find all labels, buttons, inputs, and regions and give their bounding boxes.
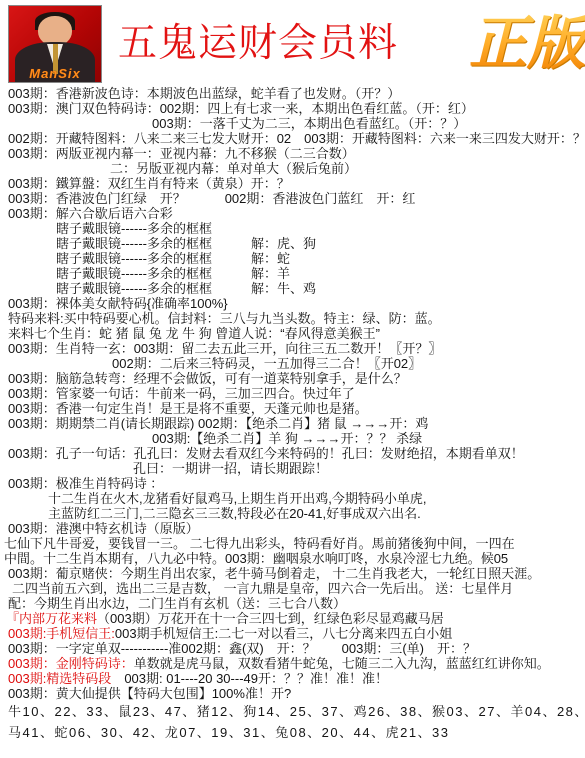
text-line: 003期:手机短信王:003期手机短信王:二七一对以看三，八七分离来四五白小姐 <box>0 626 585 641</box>
text-segment: 003期手机短信王:二七一对以看三，八七分离来四五白小姐 <box>115 626 452 641</box>
page-title: 五鬼运财会员料 <box>118 12 418 68</box>
text-segment: 003期：孔子一句话：孔孔曰：发财去看双红今来特码的！孔曰：发财绝招，本期看单双… <box>8 446 524 461</box>
text-line: 特码来料:买中特码要心机。信封料：三八与九当头数。特主：绿、防：蓝。 <box>0 311 585 326</box>
text-line: 003期：香港一句定生肖！是王是将不重要，天蓬元帅也是猪。 <box>0 401 585 416</box>
text-line: 003期：香港新波色诗：本期波色出蓝绿，蛇羊看了也发财。（开？） <box>0 86 585 101</box>
header: ManSix 五鬼运财会员料 正版 <box>0 0 585 84</box>
text-line: 003期:【绝杀二肖】羊 狗 →→→开：？？ 杀绿 <box>0 431 585 446</box>
text-segment: 003期：一落千丈为二三，本期出色看蓝红。（开：？） <box>152 116 466 131</box>
text-segment: 003期:【绝杀二肖】羊 狗 →→→开：？？ 杀绿 <box>152 431 422 446</box>
text-segment: 003期: 01----20 30---49开：？？准！准！准！ <box>111 671 388 686</box>
text-segment: 003期：香港波色门红绿 开？ 002期：香港波色门蓝红 开：红 <box>8 191 415 206</box>
text-line: 中間。十二生肖本期有，八九必中特。003期：幽咽泉水响叮咚，水泉冷涩七九绝。候0… <box>0 551 585 566</box>
text-segment: 003期：港澳中特玄机诗（原版） <box>8 521 199 536</box>
text-line: 003期：极准生肖特码诗 ： <box>0 476 585 491</box>
red-text-segment: 003期：金刚特码诗： <box>8 656 134 671</box>
red-text-segment: 003期:手机短信王: <box>8 626 115 641</box>
text-line: 003期:精选特码段 003期: 01----20 30---49开：？？准！准… <box>0 671 585 686</box>
text-segment: 中間。十二生肖本期有，八九必中特。003期：幽咽泉水响叮咚，水泉冷涩七九绝。候0… <box>4 551 508 566</box>
text-line: 002期：开藏特图料：八来二来三七发大财开：02 003期：开藏特图料：六来一来… <box>0 131 585 146</box>
text-line: 003期：鐵算盤：双红生肖有特来（黄泉）开：？ <box>0 176 585 191</box>
text-line: 003期：一落千丈为二三，本期出色看蓝红。（开：？） <box>0 116 585 131</box>
text-line: 配：今期生肖出水边，二门生肖有玄机（送：三七合八数） <box>0 596 585 611</box>
text-line: 二：另版亚视内幕：单对单大（猴后兔前） <box>0 161 585 176</box>
text-line: 003期：黄大仙提供【特码大包围】100%准！开? <box>0 686 585 701</box>
text-line: 马41、蛇06、30、42、龙07、19、31、兔08、20、44、虎21、33 <box>0 722 585 743</box>
document-body: 003期：香港新波色诗：本期波色出蓝绿，蛇羊看了也发财。（开？）003期：澳门双… <box>0 84 585 743</box>
text-segment: 孔曰：一期讲一招，请长期跟踪！ <box>133 461 328 476</box>
text-line: 七仙下凡牛哥爱，要钱冒一三。 二七得九出彩头，特码看好肖。馬前猪後狗中间，一四在 <box>0 536 585 551</box>
text-segment: 二四当前五六到，选出二三是吉数， 一言九鼎是皇帝，四六合一先后出。 送：七星伴月 <box>12 581 513 596</box>
text-segment: 003期：一字定单双-----------准002期：鑫(双) 开：？ 003期… <box>8 641 476 656</box>
text-line: 003期：金刚特码诗：单数就是虎马鼠，双数看猪牛蛇兔，七随三二入九沟，蓝蓝红红讲… <box>0 656 585 671</box>
text-segment: （003期）万花开在十一合三四七到，红绿色彩尽显鸡藏马居 <box>97 611 444 626</box>
text-line: 003期：解六合歇后语六合彩 <box>0 206 585 221</box>
text-line: 『内部万花来料（003期）万花开在十一合三四七到，红绿色彩尽显鸡藏马居 <box>0 611 585 626</box>
text-segment: 003期：管家婆一句话：牛前来一码，三加三四合。快过年了 <box>8 386 355 401</box>
red-text-segment: 『内部万花来料 <box>6 611 97 626</box>
text-segment: 马41、蛇06、30、42、龙07、19、31、兔08、20、44、虎21、33 <box>8 725 450 740</box>
text-segment: 瞎子戴眼镜------多余的框框 解：蛇 <box>56 251 290 266</box>
text-segment: 003期：两版亚视内幕一：亚视内幕：九不移猴（二三合数） <box>8 146 355 161</box>
text-line: 主蓝防红二三门,二三隐玄三三数,特段必在20-41,好事成双六出名. <box>0 506 585 521</box>
text-segment: 003期：裸体美女献特码{准确率100%} <box>8 296 228 311</box>
text-segment: 003期：极准生肖特码诗 ： <box>8 476 163 491</box>
text-line: 瞎子戴眼镜------多余的框框 解：羊 <box>0 266 585 281</box>
text-line: 瞎子戴眼镜------多余的框框 解：牛、鸡 <box>0 281 585 296</box>
text-segment: 瞎子戴眼镜------多余的框框 解：羊 <box>56 266 290 281</box>
text-line: 瞎子戴眼镜------多余的框框 解：虎、狗 <box>0 236 585 251</box>
text-segment: 瞎子戴眼镜------多余的框框 解：牛、鸡 <box>56 281 316 296</box>
text-segment: 主蓝防红二三门,二三隐玄三三数,特段必在20-41,好事成双六出名. <box>48 506 421 521</box>
photo-watermark: ManSix <box>9 66 101 81</box>
text-segment: 七仙下凡牛哥爱，要钱冒一三。 二七得九出彩头，特码看好肖。馬前猪後狗中间，一四在 <box>4 536 515 551</box>
text-line: 瞎子戴眼镜------多余的框框 <box>0 221 585 236</box>
text-segment: 003期：鐵算盤：双红生肖有特来（黄泉）开：？ <box>8 176 290 191</box>
text-segment: 003期：葡京赌侠：今期生肖出农家，老牛骑马倒着走， 十二生肖我老大，一轮红日照… <box>8 566 540 581</box>
text-line: 003期：两版亚视内幕一：亚视内幕：九不移猴（二三合数） <box>0 146 585 161</box>
text-line: 003期：管家婆一句话：牛前来一码，三加三四合。快过年了 <box>0 386 585 401</box>
text-line: 003期：期期禁二肖(请长期跟踪) 002期：【绝杀二肖】猪 鼠 →→→开：鸡 <box>0 416 585 431</box>
text-segment: 来料七个生肖：蛇 猪 鼠 兔 龙 牛 狗 曾道人说：“春风得意美猴王” <box>8 326 380 341</box>
text-segment: 配：今期生肖出水边，二门生肖有玄机（送：三七合八数） <box>8 596 346 611</box>
text-line: 002期：二后来三特码灵，一五加得三二合！〖开02〗 <box>0 356 585 371</box>
text-segment: 瞎子戴眼镜------多余的框框 <box>56 221 212 236</box>
text-segment: 特码来料:买中特码要心机。信封料：三八与九当头数。特主：绿、防：蓝。 <box>8 311 441 326</box>
genuine-version-badge: 正版 <box>469 0 585 80</box>
text-line: 003期：孔子一句话：孔孔曰：发财去看双红今来特码的！孔曰：发财绝招，本期看单双… <box>0 446 585 461</box>
text-line: 孔曰：一期讲一招，请长期跟踪！ <box>0 461 585 476</box>
text-segment: 003期：期期禁二肖(请长期跟踪) 002期：【绝杀二肖】猪 鼠 →→→开：鸡 <box>8 416 428 431</box>
text-line: 来料七个生肖：蛇 猪 鼠 兔 龙 牛 狗 曾道人说：“春风得意美猴王” <box>0 326 585 341</box>
text-line: 003期：港澳中特玄机诗（原版） <box>0 521 585 536</box>
text-segment: 单数就是虎马鼠，双数看猪牛蛇兔，七随三二入九沟，蓝蓝红红讲你知。 <box>134 656 550 671</box>
text-segment: 003期：脑筋急转弯：经理不会做饭，可有一道菜特别拿手，是什么？ <box>8 371 407 386</box>
text-segment: 牛10、22、33、鼠23、47、猪12、狗14、25、37、鸡26、38、猴0… <box>8 704 585 719</box>
text-line: 二四当前五六到，选出二三是吉数， 一言九鼎是皇帝，四六合一先后出。 送：七星伴月 <box>0 581 585 596</box>
text-line: 瞎子戴眼镜------多余的框框 解：蛇 <box>0 251 585 266</box>
text-line: 003期：葡京赌侠：今期生肖出农家，老牛骑马倒着走， 十二生肖我老大，一轮红日照… <box>0 566 585 581</box>
text-segment: 003期：黄大仙提供【特码大包围】100%准！开? <box>8 686 291 701</box>
text-line: 十二生肖在火木,龙猪看好鼠鸡马,上期生肖开出鸡,今期特码小单虎, <box>0 491 585 506</box>
text-line: 003期：裸体美女献特码{准确率100%} <box>0 296 585 311</box>
red-text-segment: 003期:精选特码段 <box>8 671 111 686</box>
text-line: 003期：香港波色门红绿 开？ 002期：香港波色门蓝红 开：红 <box>0 191 585 206</box>
text-line: 003期：澳门双色特码诗：002期：四上有七求一来，本期出色看红蓝。（开：红） <box>0 101 585 116</box>
lottery-tip-sheet-page: ManSix 五鬼运财会员料 正版 003期：香港新波色诗：本期波色出蓝绿，蛇羊… <box>0 0 585 758</box>
text-segment: 002期：二后来三特码灵，一五加得三二合！〖开02〗 <box>112 356 421 371</box>
text-segment: 003期：解六合歇后语六合彩 <box>8 206 173 221</box>
text-line: 牛10、22、33、鼠23、47、猪12、狗14、25、37、鸡26、38、猴0… <box>0 701 585 722</box>
text-segment: 十二生肖在火木,龙猪看好鼠鸡马,上期生肖开出鸡,今期特码小单虎, <box>48 491 426 506</box>
text-line: 003期：生肖特一玄：003期：留二去五此三开，向往三五二数开！〖开？〗 <box>0 341 585 356</box>
text-segment: 003期：生肖特一玄：003期：留二去五此三开，向往三五二数开！〖开？〗 <box>8 341 441 356</box>
portrait-photo: ManSix <box>8 5 102 83</box>
text-line: 003期：脑筋急转弯：经理不会做饭，可有一道菜特别拿手，是什么？ <box>0 371 585 386</box>
text-segment: 003期：澳门双色特码诗：002期：四上有七求一来，本期出色看红蓝。（开：红） <box>8 101 474 116</box>
text-segment: 003期：香港新波色诗：本期波色出蓝绿，蛇羊看了也发财。（开？） <box>8 86 400 101</box>
text-segment: 瞎子戴眼镜------多余的框框 解：虎、狗 <box>56 236 316 251</box>
text-segment: 二：另版亚视内幕：单对单大（猴后兔前） <box>110 161 357 176</box>
text-segment: 002期：开藏特图料：八来二来三七发大财开：02 003期：开藏特图料：六来一来… <box>8 131 585 146</box>
text-line: 003期：一字定单双-----------准002期：鑫(双) 开：？ 003期… <box>0 641 585 656</box>
text-segment: 003期：香港一句定生肖！是王是将不重要，天蓬元帅也是猪。 <box>8 401 368 416</box>
